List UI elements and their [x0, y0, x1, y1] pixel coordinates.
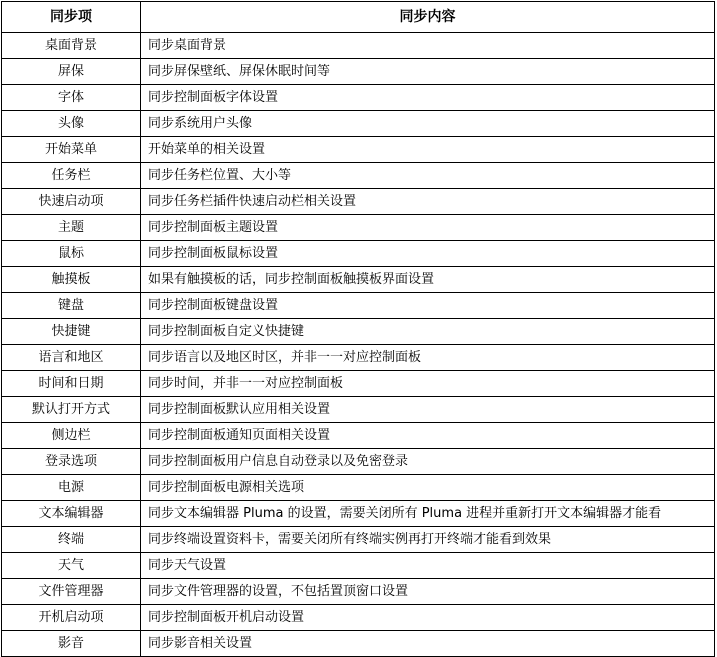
sync-item-cell: 快捷键: [2, 319, 141, 345]
sync-content-cell: 同步控制面板默认应用相关设置: [141, 397, 715, 423]
sync-content-cell: 同步文件管理器的设置，不包括置顶窗口设置: [141, 579, 715, 605]
table-row: 任务栏同步任务栏位置、大小等: [2, 163, 715, 189]
sync-content-cell: 同步控制面板键盘设置: [141, 293, 715, 319]
table-row: 影音同步影音相关设置: [2, 631, 715, 652]
sync-item-cell: 任务栏: [2, 163, 141, 189]
sync-content-cell: 同步屏保壁纸、屏保休眠时间等: [141, 59, 715, 85]
sync-item-cell: 默认打开方式: [2, 397, 141, 423]
sync-content-cell: 同步控制面板用户信息自动登录以及免密登录: [141, 449, 715, 475]
table-row: 主题同步控制面板主题设置: [2, 215, 715, 241]
sync-item-cell: 头像: [2, 111, 141, 137]
table-row: 默认打开方式同步控制面板默认应用相关设置: [2, 397, 715, 423]
table-row: 侧边栏同步控制面板通知页面相关设置: [2, 423, 715, 449]
table-row: 快捷键同步控制面板自定义快捷键: [2, 319, 715, 345]
sync-content-cell: 同步控制面板自定义快捷键: [141, 319, 715, 345]
table-row: 鼠标同步控制面板鼠标设置: [2, 241, 715, 267]
table-row: 语言和地区同步语言以及地区时区，并非一一对应控制面板: [2, 345, 715, 371]
sync-item-cell: 开始菜单: [2, 137, 141, 163]
sync-item-cell: 影音: [2, 631, 141, 652]
sync-content-cell: 同步系统用户头像: [141, 111, 715, 137]
sync-item-cell: 天气: [2, 553, 141, 579]
sync-content-cell: 同步控制面板电源相关选项: [141, 475, 715, 501]
sync-item-cell: 桌面背景: [2, 33, 141, 59]
sync-content-cell: 同步时间，并非一一对应控制面板: [141, 371, 715, 397]
sync-item-cell: 文件管理器: [2, 579, 141, 605]
sync-item-cell: 终端: [2, 527, 141, 553]
sync-item-cell: 开机启动项: [2, 605, 141, 631]
table-row: 终端同步终端设置资料卡，需要关闭所有终端实例再打开终端才能看到效果: [2, 527, 715, 553]
sync-item-cell: 登录选项: [2, 449, 141, 475]
sync-content-cell: 同步任务栏位置、大小等: [141, 163, 715, 189]
sync-content-cell: 同步控制面板通知页面相关设置: [141, 423, 715, 449]
sync-item-cell: 屏保: [2, 59, 141, 85]
sync-content-cell: 同步文本编辑器 Pluma 的设置，需要关闭所有 Pluma 进程并重新打开文本…: [141, 501, 715, 527]
table-row: 快速启动项同步任务栏插件快速启动栏相关设置: [2, 189, 715, 215]
table-row: 字体同步控制面板字体设置: [2, 85, 715, 111]
sync-content-cell: 同步控制面板开机启动设置: [141, 605, 715, 631]
table-row: 文件管理器同步文件管理器的设置，不包括置顶窗口设置: [2, 579, 715, 605]
sync-item-cell: 鼠标: [2, 241, 141, 267]
table-row: 文本编辑器同步文本编辑器 Pluma 的设置，需要关闭所有 Pluma 进程并重…: [2, 501, 715, 527]
header-sync-item: 同步项: [2, 2, 141, 33]
table-row: 时间和日期同步时间，并非一一对应控制面板: [2, 371, 715, 397]
header-sync-content: 同步内容: [141, 2, 715, 33]
sync-item-cell: 键盘: [2, 293, 141, 319]
sync-item-cell: 字体: [2, 85, 141, 111]
table-row: 头像同步系统用户头像: [2, 111, 715, 137]
sync-item-cell: 文本编辑器: [2, 501, 141, 527]
sync-content-cell: 同步控制面板鼠标设置: [141, 241, 715, 267]
sync-content-cell: 同步桌面背景: [141, 33, 715, 59]
sync-content-cell: 同步控制面板主题设置: [141, 215, 715, 241]
header-row: 同步项 同步内容: [2, 2, 715, 33]
sync-content-cell: 同步终端设置资料卡，需要关闭所有终端实例再打开终端才能看到效果: [141, 527, 715, 553]
sync-item-cell: 电源: [2, 475, 141, 501]
sync-item-cell: 侧边栏: [2, 423, 141, 449]
sync-item-cell: 触摸板: [2, 267, 141, 293]
sync-content-cell: 同步天气设置: [141, 553, 715, 579]
table-row: 开始菜单开始菜单的相关设置: [2, 137, 715, 163]
sync-item-cell: 时间和日期: [2, 371, 141, 397]
table-row: 屏保同步屏保壁纸、屏保休眠时间等: [2, 59, 715, 85]
sync-content-cell: 如果有触摸板的话，同步控制面板触摸板界面设置: [141, 267, 715, 293]
table-row: 桌面背景同步桌面背景: [2, 33, 715, 59]
sync-content-cell: 同步控制面板字体设置: [141, 85, 715, 111]
sync-content-cell: 同步影音相关设置: [141, 631, 715, 652]
table-row: 开机启动项同步控制面板开机启动设置: [2, 605, 715, 631]
sync-item-cell: 语言和地区: [2, 345, 141, 371]
sync-items-table: 同步项 同步内容 桌面背景同步桌面背景屏保同步屏保壁纸、屏保休眠时间等字体同步控…: [1, 1, 715, 651]
sync-content-cell: 开始菜单的相关设置: [141, 137, 715, 163]
table-row: 电源同步控制面板电源相关选项: [2, 475, 715, 501]
sync-content-cell: 同步任务栏插件快速启动栏相关设置: [141, 189, 715, 215]
table-row: 天气同步天气设置: [2, 553, 715, 579]
sync-item-cell: 主题: [2, 215, 141, 241]
sync-item-cell: 快速启动项: [2, 189, 141, 215]
table-row: 登录选项同步控制面板用户信息自动登录以及免密登录: [2, 449, 715, 475]
table-row: 键盘同步控制面板键盘设置: [2, 293, 715, 319]
table-row: 触摸板如果有触摸板的话，同步控制面板触摸板界面设置: [2, 267, 715, 293]
sync-content-cell: 同步语言以及地区时区，并非一一对应控制面板: [141, 345, 715, 371]
